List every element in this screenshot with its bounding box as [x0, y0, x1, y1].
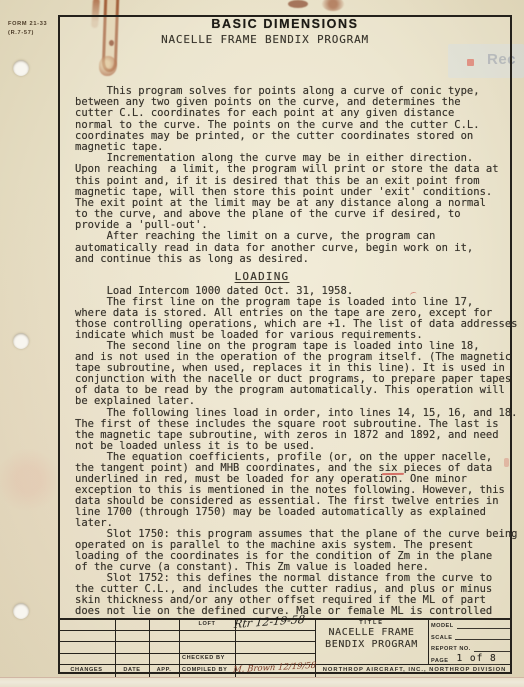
text-line: The following lines load in order, into …: [75, 408, 518, 419]
page-subtitle: NACELLE FRAME BENDIX PROGRAM: [38, 33, 492, 46]
text-line: be explained later.: [75, 396, 518, 407]
table-line: [428, 618, 429, 665]
text-line: line 1700 (through 1750) may be loaded a…: [75, 507, 518, 518]
date-label: DATE: [115, 667, 149, 673]
changes-label: CHANGES: [58, 667, 115, 673]
text-line: The first of these includes the square r…: [75, 419, 518, 430]
app-label: APP.: [149, 667, 179, 673]
report-no-row: REPORT NO.: [431, 642, 511, 653]
text-line: the magnetic tape subroutine, with zeros…: [75, 430, 518, 441]
section-heading-loading: LOADING: [58, 270, 466, 283]
fill-in-line: [455, 639, 510, 640]
punch-hole-middle: [13, 333, 29, 349]
text-line: Upon reaching a limit, the program will …: [75, 164, 499, 175]
scale-label: SCALE: [431, 635, 452, 642]
page-label: PAGE: [431, 658, 448, 665]
intro-paragraphs: This program solves for points along a c…: [75, 86, 499, 265]
company-name: NORTHROP AIRCRAFT, INC., NORTHROP DIVISI…: [315, 667, 514, 673]
footer-title-line2: BENDIX PROGRAM: [315, 639, 428, 650]
table-line: [58, 641, 316, 642]
footer-title-line1: NACELLE FRAME: [315, 627, 428, 638]
scale-row: SCALE: [431, 631, 511, 642]
page-title: BASIC DIMENSIONS: [58, 17, 512, 31]
paper-bottom-edge: [0, 677, 524, 687]
page-number-value: 1 of 8: [450, 653, 499, 665]
title-label: TITLE: [315, 620, 428, 626]
checked-by-label: CHECKED BY: [182, 655, 225, 661]
loft-label: LOFT: [179, 621, 235, 627]
punch-hole-top: [13, 60, 29, 76]
scanned-document-page: FORM 21-33 (R.7-57) Rec BASIC DIMENSIONS…: [0, 0, 524, 687]
paper-blemish: [0, 448, 56, 512]
fill-in-line: [474, 651, 510, 652]
ink-stain-dot: [288, 0, 308, 8]
model-label: MODEL: [431, 623, 454, 630]
ink-stain-dot: [322, 0, 344, 11]
page-number-row: PAGE 1 of 8: [431, 653, 511, 665]
red-pencil-underline-six: [382, 473, 404, 475]
red-pencil-edge-mark: [504, 458, 509, 467]
punch-hole-bottom: [13, 603, 29, 619]
text-line: this point and, if it is desired that th…: [75, 176, 499, 187]
form-number-line1: FORM 21-33: [8, 20, 47, 29]
text-line: After reaching the limit on a curve, the…: [75, 231, 499, 242]
loading-paragraphs: Load Intercom 1000 dated Oct. 31, 1958. …: [75, 286, 518, 617]
table-line: [58, 630, 316, 631]
fill-in-line: [457, 628, 510, 629]
table-line: [58, 653, 316, 654]
text-line: and continue this as long as desired.: [75, 254, 499, 265]
compiled-by-label: COMPILED BY: [182, 667, 227, 673]
model-row: MODEL: [431, 619, 511, 630]
text-line: cutter C.L. coordinates for each point a…: [75, 108, 499, 119]
